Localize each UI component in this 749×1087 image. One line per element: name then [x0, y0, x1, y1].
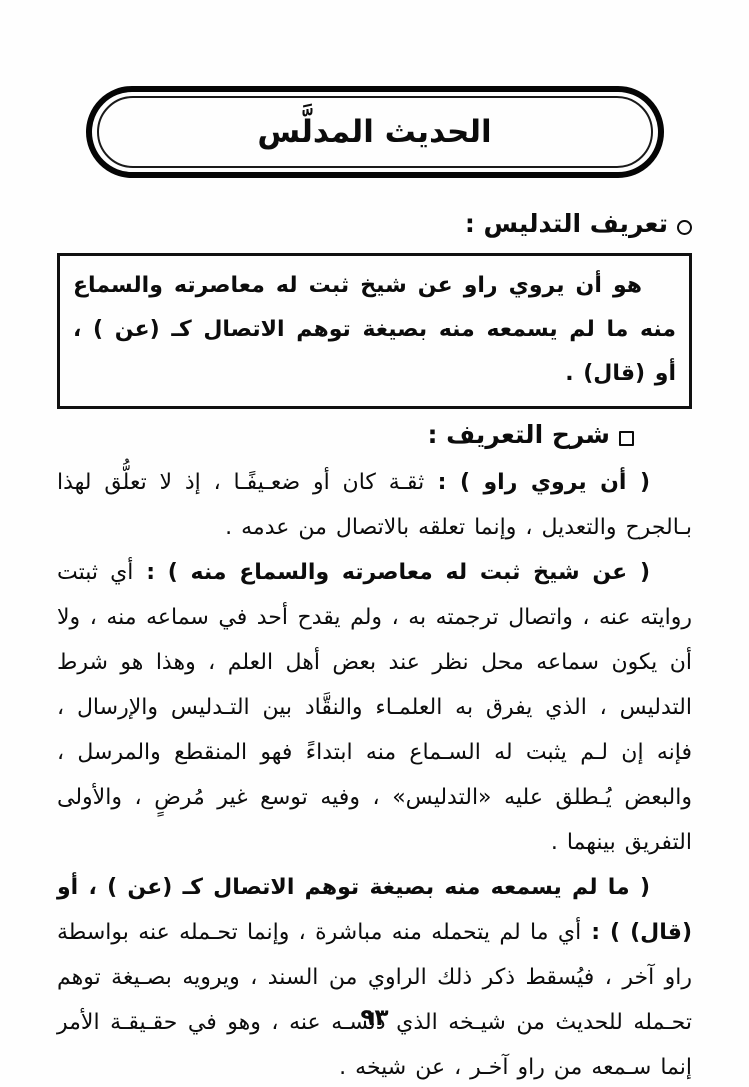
page-content: تعريف التدليس : هو أن يروي راو عن شيخ ثب… [0, 204, 749, 1087]
definition-heading-row: تعريف التدليس : [57, 204, 692, 244]
square-bullet-icon [619, 431, 634, 446]
paragraph-2-lead: ( عن شيخ ثبت له معاصرته والسماع منه ) : [133, 560, 650, 585]
explanation-paragraph-3: ( ما لم يسمعه منه بصيغة توهم الاتصال كـ … [57, 865, 692, 1087]
explanation-heading: شرح التعريف : [427, 415, 610, 455]
explanation-paragraph-1: ( أن يروي راو ) : ثقـة كان أو ضعـيفًـا ،… [57, 460, 692, 550]
circle-bullet-icon [677, 220, 692, 235]
explanation-paragraph-2: ( عن شيخ ثبت له معاصرته والسماع منه ) : … [57, 550, 692, 865]
chapter-title-banner: الحديث المدلَّس [86, 86, 664, 178]
book-page: الحديث المدلَّس تعريف التدليس : هو أن ير… [0, 0, 749, 1087]
definition-heading: تعريف التدليس : [465, 204, 668, 244]
chapter-title-inner-border: الحديث المدلَّس [97, 96, 653, 168]
chapter-title: الحديث المدلَّس [257, 114, 491, 150]
page-number: ٩٣ [0, 1005, 749, 1031]
definition-text: هو أن يروي راو عن شيخ ثبت له معاصرته وال… [73, 264, 676, 396]
definition-box: هو أن يروي راو عن شيخ ثبت له معاصرته وال… [57, 253, 692, 409]
explanation-heading-row: شرح التعريف : [57, 415, 634, 455]
paragraph-2-body: أي ثبتت روايته عنه ، واتصال ترجمته به ، … [57, 560, 692, 855]
paragraph-1-lead: ( أن يروي راو ) : [424, 470, 650, 495]
